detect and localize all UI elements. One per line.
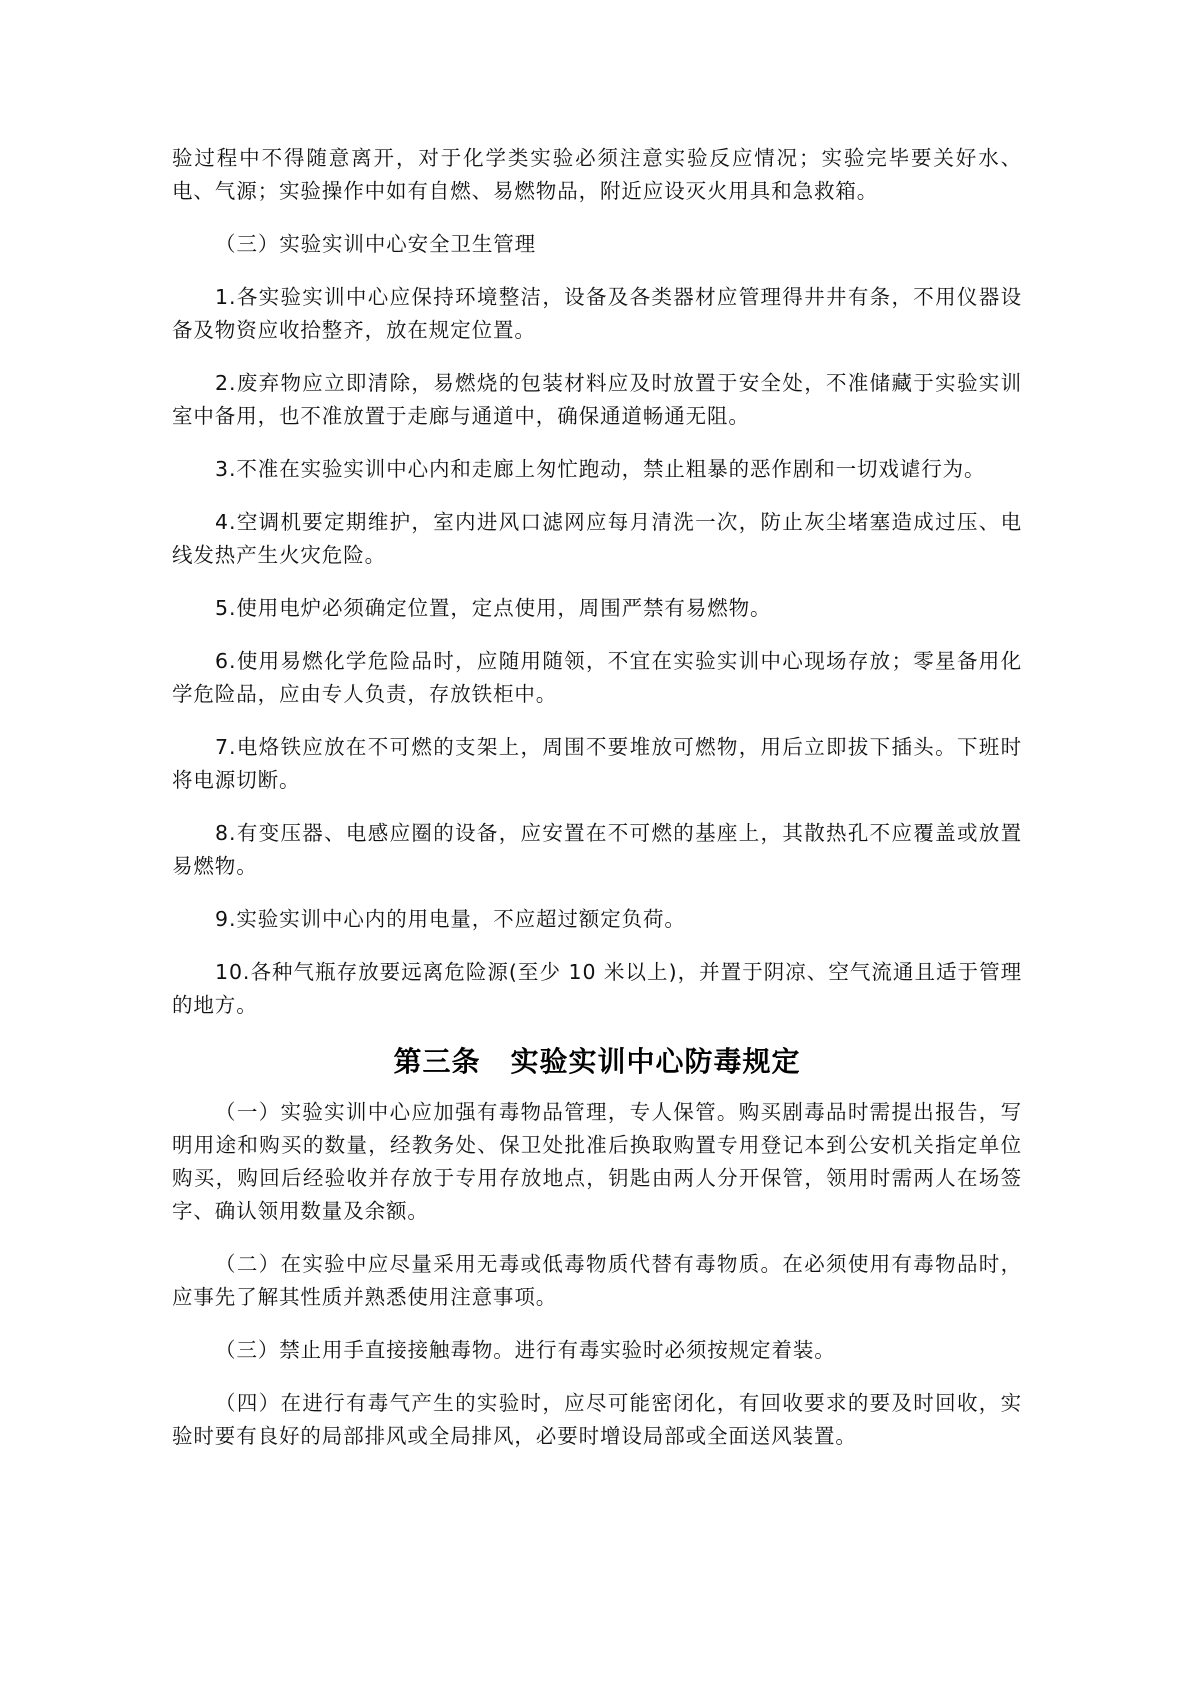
list-item-1: 1.各实验实训中心应保持环境整洁，设备及各类器材应管理得井井有条，不用仪器设备及…	[172, 281, 1022, 347]
clause-1: （一）实验实训中心应加强有毒物品管理，专人保管。购买剧毒品时需提出报告，写明用途…	[172, 1096, 1022, 1228]
document-page: 验过程中不得随意离开，对于化学类实验必须注意实验反应情况；实验完毕要关好水、电、…	[172, 142, 1022, 1473]
list-item-7: 7.电烙铁应放在不可燃的支架上，周围不要堆放可燃物，用后立即拔下插头。下班时将电…	[172, 731, 1022, 797]
list-item-2: 2.废弃物应立即清除，易燃烧的包装材料应及时放置于安全处，不准储藏于实验实训室中…	[172, 367, 1022, 433]
list-item-8: 8.有变压器、电感应圈的设备，应安置在不可燃的基座上，其散热孔不应覆盖或放置易燃…	[172, 817, 1022, 883]
section-heading-safety-hygiene: （三）实验实训中心安全卫生管理	[172, 228, 1022, 261]
article-heading: 第三条实验实训中心防毒规定	[172, 1042, 1022, 1082]
list-item-4: 4.空调机要定期维护，室内进风口滤网应每月清洗一次，防止灰尘堵塞造成过压、电线发…	[172, 506, 1022, 572]
article-title: 实验实训中心防毒规定	[511, 1045, 801, 1078]
list-item-10: 10.各种气瓶存放要远离危险源(至少 10 米以上)，并置于阴凉、空气流通且适于…	[172, 956, 1022, 1022]
list-item-5: 5.使用电炉必须确定位置，定点使用，周围严禁有易燃物。	[172, 592, 1022, 625]
list-item-9: 9.实验实训中心内的用电量，不应超过额定负荷。	[172, 903, 1022, 936]
continuation-paragraph: 验过程中不得随意离开，对于化学类实验必须注意实验反应情况；实验完毕要关好水、电、…	[172, 142, 1022, 208]
list-item-6: 6.使用易燃化学危险品时，应随用随领，不宜在实验实训中心现场存放；零星备用化学危…	[172, 645, 1022, 711]
clause-4: （四）在进行有毒气产生的实验时，应尽可能密闭化，有回收要求的要及时回收，实验时要…	[172, 1387, 1022, 1453]
clause-3: （三）禁止用手直接接触毒物。进行有毒实验时必须按规定着装。	[172, 1334, 1022, 1367]
article-number: 第三条	[393, 1045, 480, 1078]
clause-2: （二）在实验中应尽量采用无毒或低毒物质代替有毒物质。在必须使用有毒物品时，应事先…	[172, 1248, 1022, 1314]
list-item-3: 3.不准在实验实训中心内和走廊上匆忙跑动，禁止粗暴的恶作剧和一切戏谑行为。	[172, 453, 1022, 486]
